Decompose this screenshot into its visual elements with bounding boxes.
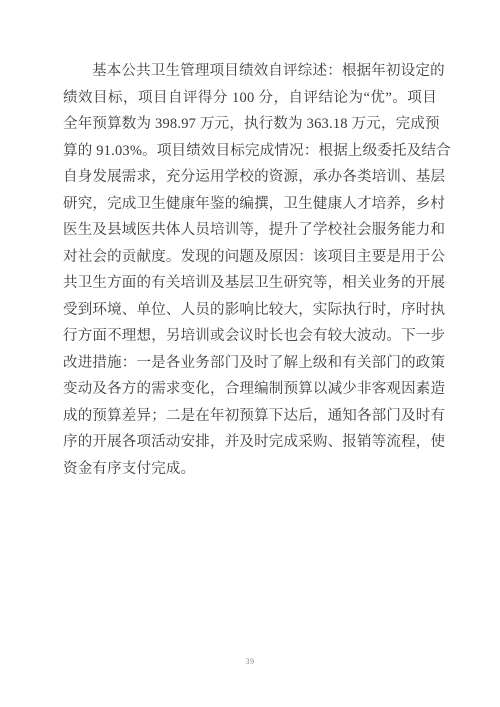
page-footer: 39 bbox=[0, 651, 500, 669]
paragraph-line: 医生及县域医共体人员培训等，提升了学校社会服务能力和 bbox=[63, 217, 437, 244]
paragraph-line: 序的开展各项活动安排，并及时完成采购、报销等流程，使 bbox=[63, 429, 437, 456]
paragraph-line: 绩效目标，项目自评得分 100 分，自评结论为“优”。项目 bbox=[63, 85, 437, 112]
paragraph-line: 自身发展需求，充分运用学校的资源，承办各类培训、基层 bbox=[63, 164, 437, 191]
paragraph-line: 成的预算差异；二是在年初预算下达后，通知各部门及时有 bbox=[63, 403, 437, 430]
paragraph-line: 基本公共卫生管理项目绩效自评综述：根据年初设定的 bbox=[63, 58, 437, 85]
paragraph-line: 变动及各方的需求变化，合理编制预算以减少非客观因素造 bbox=[63, 376, 437, 403]
document-page: 基本公共卫生管理项目绩效自评综述：根据年初设定的 绩效目标，项目自评得分 100… bbox=[0, 0, 500, 707]
paragraph-line: 研究，完成卫生健康年鉴的编撰，卫生健康人才培养，乡村 bbox=[63, 191, 437, 218]
paragraph-line: 行方面不理想，另培训或会议时长也会有较大波动。下一步 bbox=[63, 323, 437, 350]
paragraph-line: 受到环境、单位、人员的影响比较大，实际执行时，序时执 bbox=[63, 297, 437, 324]
paragraph-line: 算的 91.03%。项目绩效目标完成情况：根据上级委托及结合 bbox=[63, 138, 437, 165]
paragraph-line: 改进措施：一是各业务部门及时了解上级和有关部门的政策 bbox=[63, 350, 437, 377]
page-number: 39 bbox=[246, 657, 255, 666]
paragraph-line: 共卫生方面的有关培训及基层卫生研究等，相关业务的开展 bbox=[63, 270, 437, 297]
paragraph-line: 对社会的贡献度。发现的问题及原因：该项目主要是用于公 bbox=[63, 244, 437, 271]
paragraph-line: 资金有序支付完成。 bbox=[63, 456, 437, 483]
paragraph-line: 全年预算数为 398.97 万元，执行数为 363.18 万元，完成预 bbox=[63, 111, 437, 138]
self-evaluation-paragraph: 基本公共卫生管理项目绩效自评综述：根据年初设定的 绩效目标，项目自评得分 100… bbox=[63, 58, 437, 482]
